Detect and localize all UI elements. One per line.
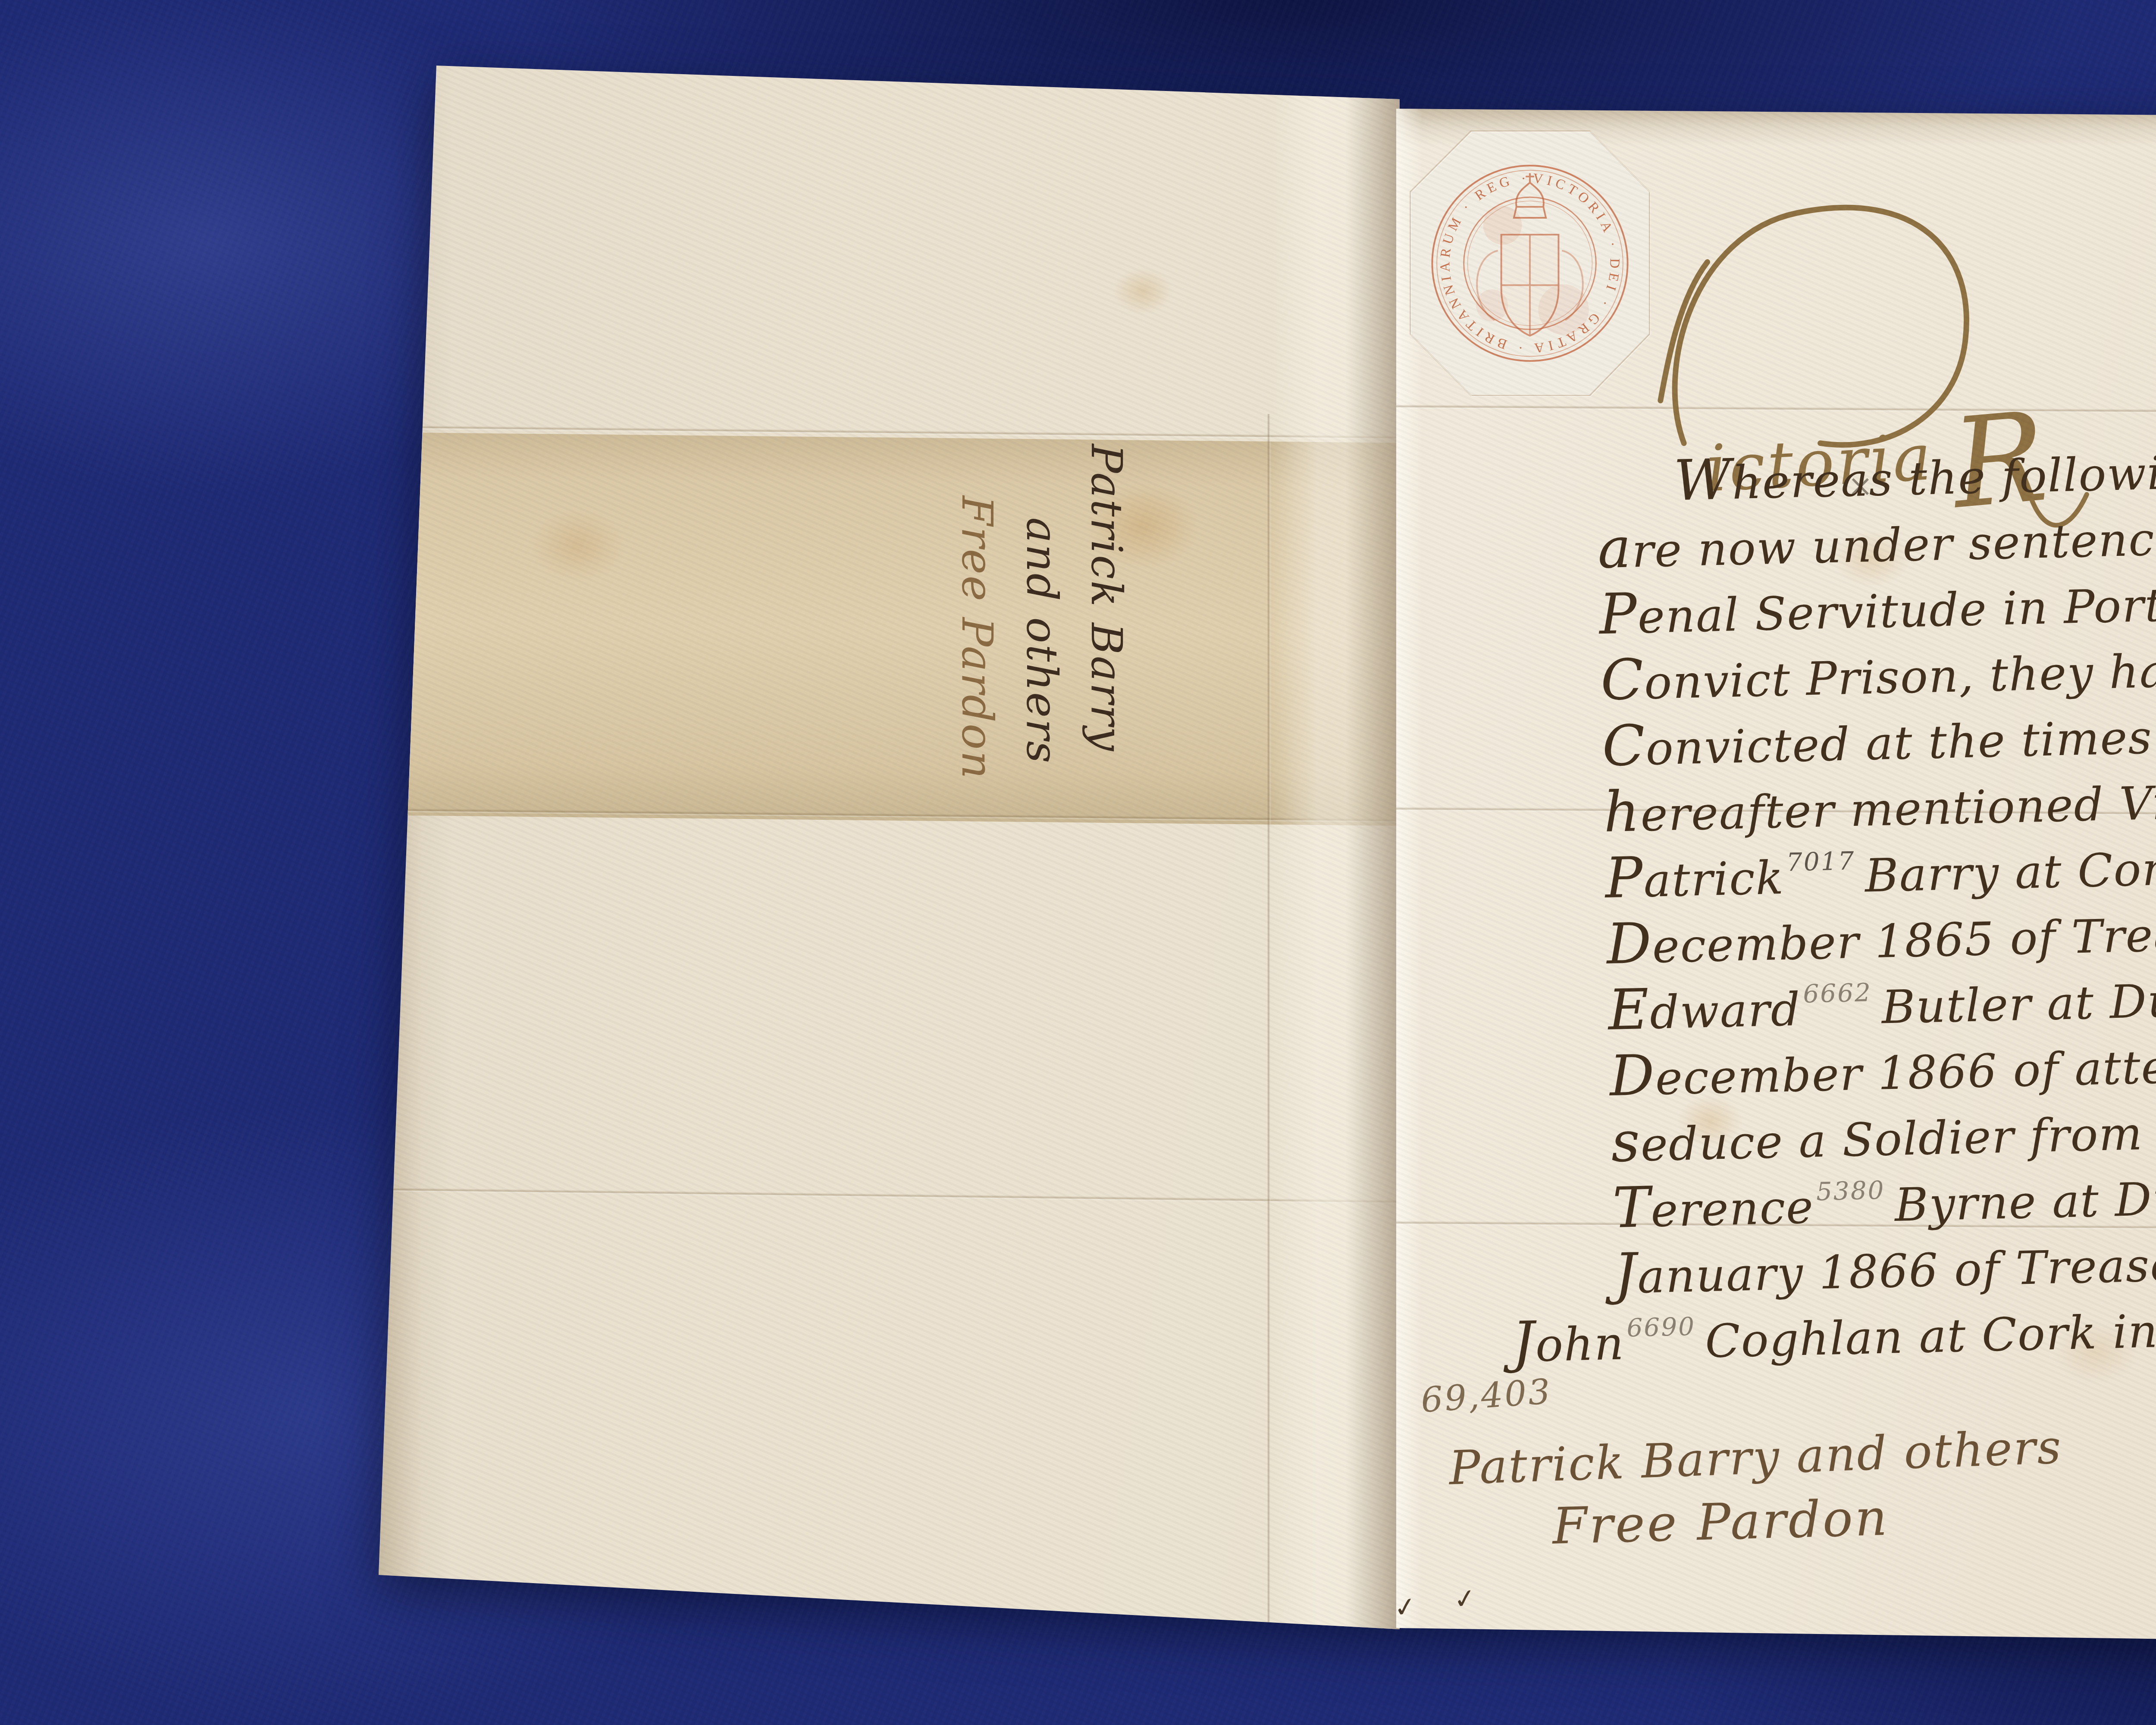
letter-line-text: Edward	[1608, 983, 1801, 1040]
pencil-prisoner-number: 5380	[1816, 1176, 1885, 1207]
left-edge-shade	[375, 60, 453, 1583]
letter-line-text: are now under sentence of	[1597, 511, 2156, 578]
side-docket-line: and others	[1009, 444, 1074, 834]
pencil-prisoner-number: 6690	[1626, 1312, 1696, 1343]
photograph-background: Patrick Barryand othersFree Pardon	[0, 0, 2156, 1725]
paper-stain	[1112, 267, 1173, 315]
vertical-crease	[1268, 414, 1271, 1630]
docket-subtitle: Free Pardon	[1551, 1489, 1890, 1556]
letter-line-text: Whereas the following persons	[1673, 441, 2156, 511]
letter-line-text: December 1865 of Treason Felony,	[1606, 902, 2156, 974]
letter-line-text: seduce a Soldier from his allegiance,	[1611, 1099, 2156, 1172]
letter-line-text: Convict Prison, they having been	[1600, 639, 2156, 710]
docket-title: Patrick Barry and others	[1448, 1420, 2063, 1496]
side-docket-line: Free Pardon	[945, 444, 1009, 834]
letter-line-text: Patrick	[1604, 851, 1785, 908]
letter-line-text: Coghlan at Cork in May 1867	[1689, 1299, 2156, 1368]
letter-line-text: Convicted at the times and places	[1601, 705, 2156, 776]
letter-line-text: hereafter mentioned Viz	[1603, 776, 2156, 842]
royal-seal-graphic: VICTORIA · DEI · GRATIA · BRITANNIARUM ·…	[1407, 129, 1653, 398]
pencil-prisoner-number: 7017	[1786, 846, 1855, 877]
pencil-prisoner-number: 6662	[1803, 978, 1872, 1009]
document-paper: Patrick Barryand othersFree Pardon	[0, 0, 2156, 1725]
letter-text: Whereas the following personsare now und…	[1488, 430, 2156, 1382]
fold-panel-tan	[369, 432, 1403, 826]
royal-seal: VICTORIA · DEI · GRATIA · BRITANNIARUM ·…	[1407, 129, 1653, 398]
letter-line-text: John	[1512, 1317, 1625, 1372]
letter-line: John6690 Coghlan at Cork in May 1867	[1511, 1288, 2156, 1378]
leaf-seam-shadow	[1345, 60, 1400, 1639]
letter-line-text: Butler at Dublin in	[1865, 971, 2156, 1034]
paper-stain	[530, 509, 625, 582]
letter-line-text: Barry at Cork in	[1849, 841, 2156, 903]
letter-line-text: Byrne at Dublin in	[1879, 1169, 2156, 1232]
letter-line-text: January 1866 of Treason Felony,	[1614, 1233, 2156, 1304]
letter-line-text: Terence	[1612, 1180, 1814, 1238]
fold-crease	[371, 1187, 1401, 1204]
signature-flourish	[1661, 207, 1967, 445]
letter-line-text: December 1866 of attempting to	[1609, 1035, 2156, 1106]
letter-line-text: Penal Servitude in Portland	[1598, 576, 2156, 644]
reference-number: 69,403	[1420, 1371, 1553, 1421]
side-docket-line: Patrick Barry	[1074, 444, 1139, 834]
side-docket: Patrick Barryand othersFree Pardon	[940, 444, 1139, 834]
